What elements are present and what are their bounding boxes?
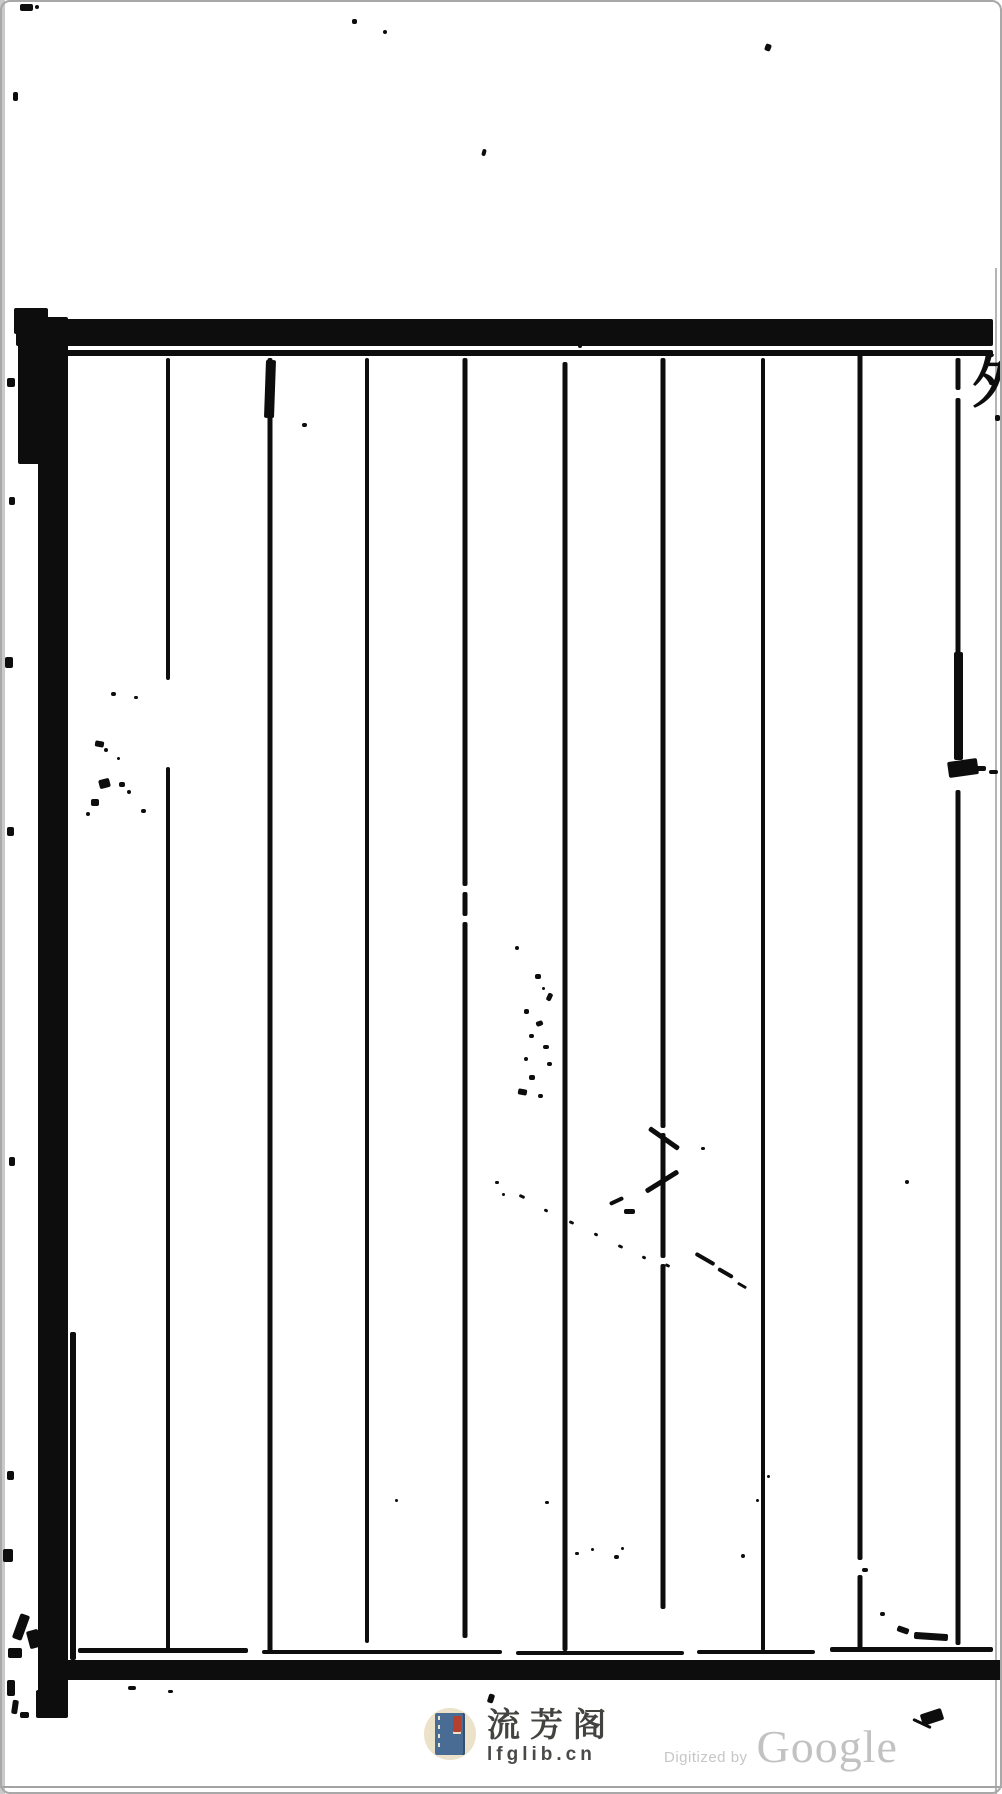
ink-mark <box>535 974 541 979</box>
bottom-rule-segment <box>262 1650 502 1654</box>
library-watermark: 流芳阁 lfglib.cn <box>424 1708 616 1766</box>
column-rule <box>365 358 369 1643</box>
ink-mark <box>481 149 487 157</box>
ink-mark <box>515 946 519 950</box>
ink-mark <box>7 1471 14 1480</box>
ink-mark <box>13 92 18 101</box>
ink-mark <box>529 1075 535 1080</box>
ink-mark <box>119 782 125 787</box>
ink-mark <box>535 1020 543 1027</box>
ink-mark <box>989 770 998 774</box>
ink-mark <box>529 1034 534 1038</box>
ink-mark <box>20 1712 29 1718</box>
google-logo: Google <box>757 1722 898 1772</box>
scan-canvas <box>0 0 1002 1794</box>
ink-mark <box>575 1552 579 1555</box>
stitched-book-icon <box>435 1713 465 1755</box>
ink-mark <box>91 799 99 806</box>
ink-mark <box>614 1555 619 1559</box>
marginal-character: 外 <box>972 350 1002 422</box>
bottom-rule-segment <box>516 1651 684 1655</box>
ink-mark <box>168 1690 173 1693</box>
column-rule <box>563 362 568 1651</box>
column-rule <box>166 358 170 680</box>
ink-mark <box>128 1686 136 1690</box>
ink-mark <box>524 1009 529 1014</box>
watermark-site-name: 流芳阁 <box>487 1708 616 1744</box>
ink-mark <box>127 790 131 794</box>
ink-mark <box>352 19 357 24</box>
ink-mark <box>7 827 14 836</box>
ink-mark <box>3 1549 13 1562</box>
ink-mark <box>624 1209 635 1214</box>
ink-mark <box>86 812 90 816</box>
ink-mark <box>302 423 307 427</box>
ink-mark <box>104 748 108 752</box>
ink-mark <box>543 1045 549 1049</box>
ink-mark <box>7 1680 15 1696</box>
ink-mark <box>972 766 986 771</box>
frame-border <box>16 319 993 346</box>
ink-mark <box>117 757 120 760</box>
ink-mark <box>8 1648 22 1658</box>
ink-mark <box>621 1547 624 1550</box>
ink-mark <box>395 1499 398 1502</box>
bottom-rule-segment <box>830 1647 993 1652</box>
column-rule <box>463 892 468 916</box>
marginal-character-glyph: 外 <box>972 350 1002 415</box>
ink-mark <box>98 778 111 790</box>
ink-mark <box>591 1548 594 1551</box>
google-credit: Digitized by Google <box>664 1722 898 1772</box>
column-rule <box>661 1133 666 1258</box>
ink-mark <box>9 497 15 505</box>
column-rule <box>166 767 170 1652</box>
ink-mark <box>544 1208 549 1212</box>
ink-mark <box>111 692 116 696</box>
ink-mark <box>767 1475 770 1478</box>
ink-mark <box>578 344 582 348</box>
book-stitching <box>438 1716 440 1752</box>
column-rule <box>956 790 961 1645</box>
column-rule <box>956 358 961 390</box>
ink-mark <box>694 1252 715 1266</box>
ink-mark <box>538 1094 543 1098</box>
ink-mark <box>862 1568 868 1572</box>
ink-mark <box>905 339 909 343</box>
bottom-rule-segment <box>78 1648 248 1653</box>
ink-mark <box>756 1499 759 1502</box>
ink-mark <box>487 1693 495 1703</box>
ink-mark <box>20 4 33 11</box>
ink-mark <box>545 1501 549 1504</box>
scanned-book-page: 外 流芳阁 lfglib.cn Digitized by Google <box>0 0 1002 1794</box>
ink-mark <box>609 1196 624 1206</box>
ink-mark <box>618 1244 624 1249</box>
frame-border <box>54 1660 1002 1680</box>
ink-mark <box>495 1181 499 1184</box>
ink-mark <box>502 1193 505 1196</box>
frame-border <box>70 1332 76 1660</box>
ink-mark <box>95 740 105 747</box>
column-rule <box>268 358 273 1653</box>
ink-mark <box>383 30 387 34</box>
column-rule <box>463 922 468 1638</box>
ink-mark <box>737 1282 747 1290</box>
ink-mark <box>542 987 545 990</box>
ink-mark <box>764 43 772 52</box>
column-rule <box>858 352 863 1560</box>
ink-mark <box>7 378 15 387</box>
ink-mark <box>594 1232 599 1236</box>
watermark-text: 流芳阁 lfglib.cn <box>487 1708 616 1766</box>
frame-border <box>52 350 993 356</box>
ink-mark <box>519 1194 526 1199</box>
column-rule <box>463 358 468 886</box>
frame-border <box>38 317 68 1718</box>
bottom-rule-segment <box>697 1650 815 1654</box>
ink-mark <box>880 1612 885 1616</box>
ink-mark <box>546 992 554 1001</box>
ink-mark <box>717 1267 734 1279</box>
watermark-book-badge-icon <box>424 1708 476 1760</box>
ink-mark <box>905 1180 909 1184</box>
column-rule <box>661 358 666 1128</box>
column-rule <box>661 1264 666 1609</box>
column-rule <box>761 358 765 1651</box>
ink-mark <box>264 360 276 418</box>
ink-mark <box>914 1632 948 1641</box>
book-title-label <box>453 1716 461 1734</box>
ink-mark <box>5 657 13 668</box>
digitized-by-label: Digitized by <box>664 1749 748 1766</box>
ink-mark <box>35 5 39 9</box>
watermark-site-domain: lfglib.cn <box>487 1744 616 1766</box>
ink-mark <box>547 1062 552 1066</box>
ink-mark <box>569 1220 575 1225</box>
ink-mark <box>452 325 455 328</box>
ink-mark <box>11 1700 19 1715</box>
ink-mark <box>524 1057 528 1061</box>
ink-mark <box>741 1554 745 1558</box>
frame-border <box>36 1690 62 1718</box>
ink-mark <box>134 696 138 699</box>
ink-mark <box>518 1088 528 1095</box>
ink-mark <box>141 809 146 813</box>
ink-mark <box>9 1157 15 1166</box>
ink-mark <box>701 1147 705 1150</box>
column-rule <box>858 1575 863 1650</box>
ink-mark <box>954 652 963 760</box>
ink-mark <box>642 1255 647 1259</box>
ink-mark <box>896 1625 909 1635</box>
